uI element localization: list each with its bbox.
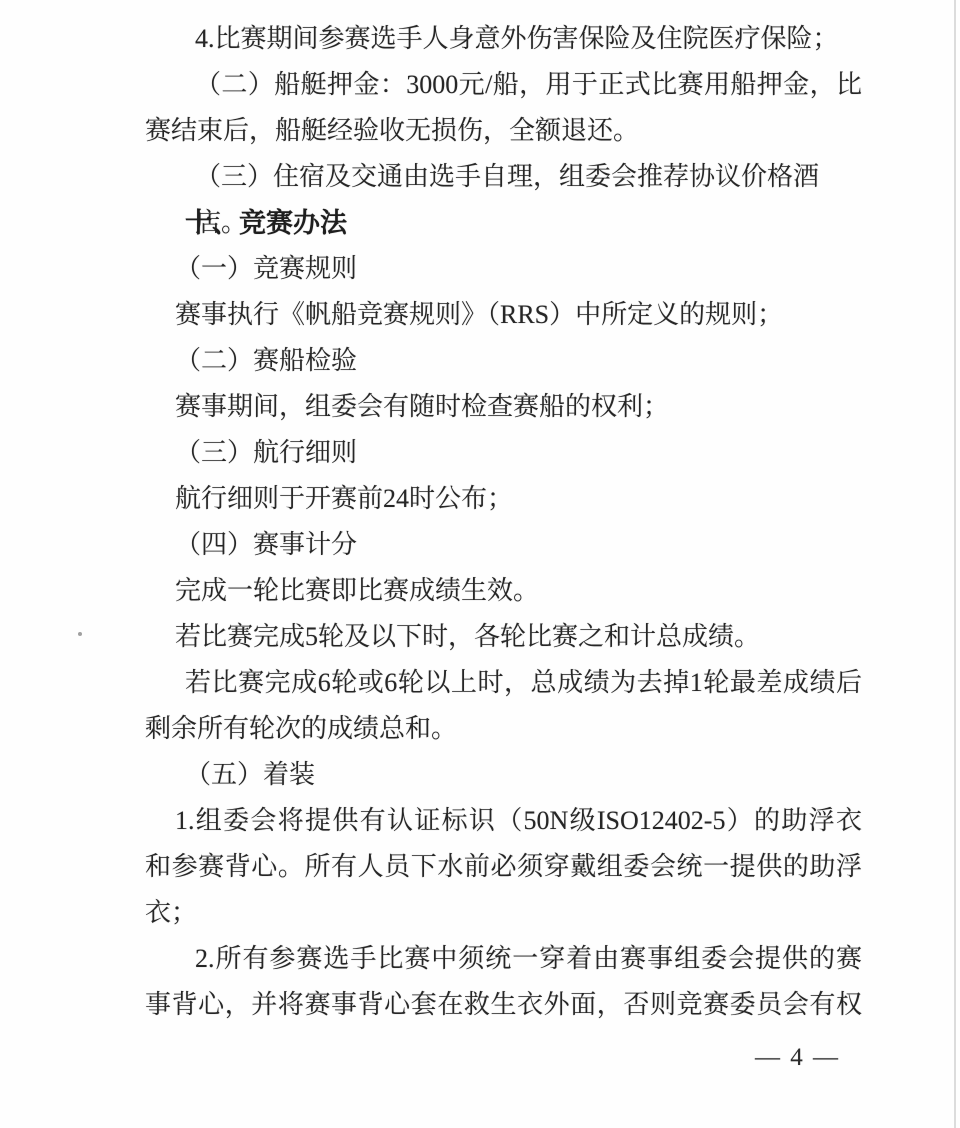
doc-line: 衣； <box>145 890 862 936</box>
doc-line: 4.比赛期间参赛选手人身意外伤害保险及住院医疗保险； <box>145 16 862 62</box>
document-text-block: 4.比赛期间参赛选手人身意外伤害保险及住院医疗保险； （二）船艇押金：3000元… <box>145 16 862 1028</box>
doc-line: （二）船艇押金：3000元/船，用于正式比赛用船押金，比 <box>145 62 862 108</box>
doc-line: 完成一轮比赛即比赛成绩生效。 <box>145 568 862 614</box>
page-number: — 4 — <box>755 1044 840 1071</box>
doc-line: 赛事执行《帆船竞赛规则》（RRS）中所定义的规则； <box>145 292 862 338</box>
doc-line: 事背心，并将赛事背心套在救生衣外面，否则竞赛委员会有权 <box>145 982 862 1028</box>
doc-line: （三）住宿及交通由选手自理，组委会推荐协议价格酒店。 <box>145 154 862 200</box>
doc-line: 剩余所有轮次的成绩总和。 <box>145 706 862 752</box>
doc-line: 1.组委会将提供有认证标识（50N级ISO12402-5）的助浮衣 <box>145 798 862 844</box>
doc-line: 若比赛完成6轮或6轮以上时，总成绩为去掉1轮最差成绩后 <box>145 660 862 706</box>
scan-speck-artifact <box>78 632 82 636</box>
doc-line: 赛结束后，船艇经验收无损伤，全额退还。 <box>145 108 862 154</box>
doc-line: 和参赛背心。所有人员下水前必须穿戴组委会统一提供的助浮 <box>145 844 862 890</box>
doc-line: 航行细则于开赛前24时公布； <box>145 476 862 522</box>
doc-line: （二）赛船检验 <box>145 338 862 384</box>
doc-line: 2.所有参赛选手比赛中须统一穿着由赛事组委会提供的赛 <box>145 936 862 982</box>
scan-edge-shadow <box>954 0 956 1128</box>
doc-line: 若比赛完成5轮及以下时，各轮比赛之和计总成绩。 <box>145 614 862 660</box>
doc-line: （三）航行细则 <box>145 430 862 476</box>
section-heading-line: 十、竞赛办法 <box>145 200 862 246</box>
doc-line: 赛事期间，组委会有随时检查赛船的权利； <box>145 384 862 430</box>
doc-line: （四）赛事计分 <box>145 522 862 568</box>
document-page: 4.比赛期间参赛选手人身意外伤害保险及住院医疗保险； （二）船艇押金：3000元… <box>0 0 960 1128</box>
doc-line: （五）着装 <box>145 752 862 798</box>
page-footer: — 4 — <box>145 1042 840 1074</box>
doc-line: （一）竞赛规则 <box>145 246 862 292</box>
